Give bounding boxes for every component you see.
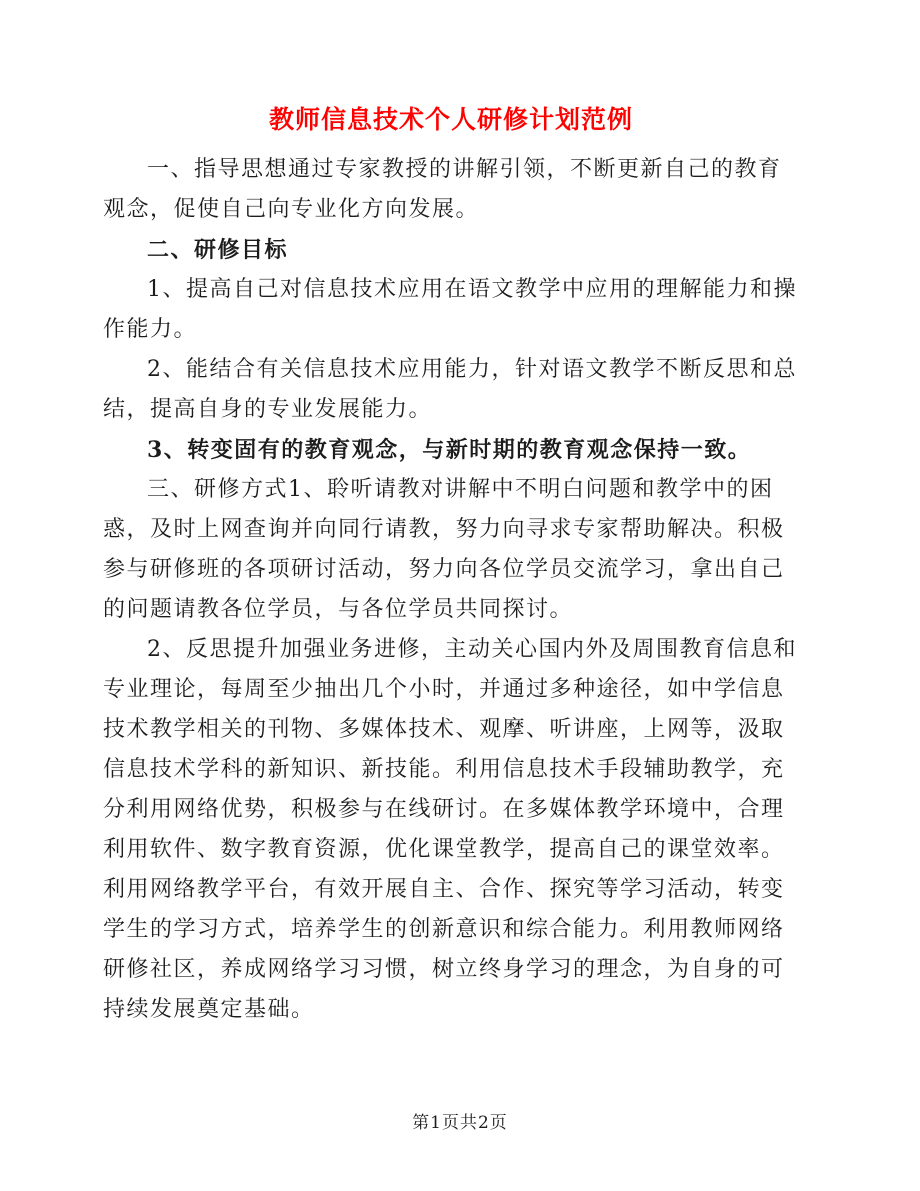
paragraph: 2、能结合有关信息技术应用能力，针对语文教学不断反思和总结，提高自身的专业发展能… bbox=[103, 350, 799, 430]
document-body: 一、指导思想通过专家教授的讲解引领，不断更新自己的教育观念，促使自己向专业化方向… bbox=[103, 150, 799, 1030]
paragraph: 3、转变固有的教育观念，与新时期的教育观念保持一致。 bbox=[103, 430, 799, 470]
page-footer: 第1页共2页 bbox=[0, 1108, 920, 1133]
paragraph: 二、研修目标 bbox=[103, 230, 799, 270]
document-content: 教师信息技术个人研修计划范例 一、指导思想通过专家教授的讲解引领，不断更新自己的… bbox=[103, 102, 799, 1030]
paragraph: 三、研修方式1、聆听请教对讲解中不明白问题和教学中的困惑，及时上网查询并向同行请… bbox=[103, 470, 799, 630]
paragraph: 一、指导思想通过专家教授的讲解引领，不断更新自己的教育观念，促使自己向专业化方向… bbox=[103, 150, 799, 230]
paragraph: 2、反思提升加强业务进修，主动关心国内外及周围教育信息和专业理论，每周至少抽出几… bbox=[103, 630, 799, 1030]
document-page: 教师信息技术个人研修计划范例 一、指导思想通过专家教授的讲解引领，不断更新自己的… bbox=[0, 0, 920, 1191]
document-title: 教师信息技术个人研修计划范例 bbox=[103, 102, 799, 138]
paragraph: 1、提高自己对信息技术应用在语文教学中应用的理解能力和操作能力。 bbox=[103, 270, 799, 350]
page-number-label: 第1页共2页 bbox=[412, 1113, 508, 1133]
